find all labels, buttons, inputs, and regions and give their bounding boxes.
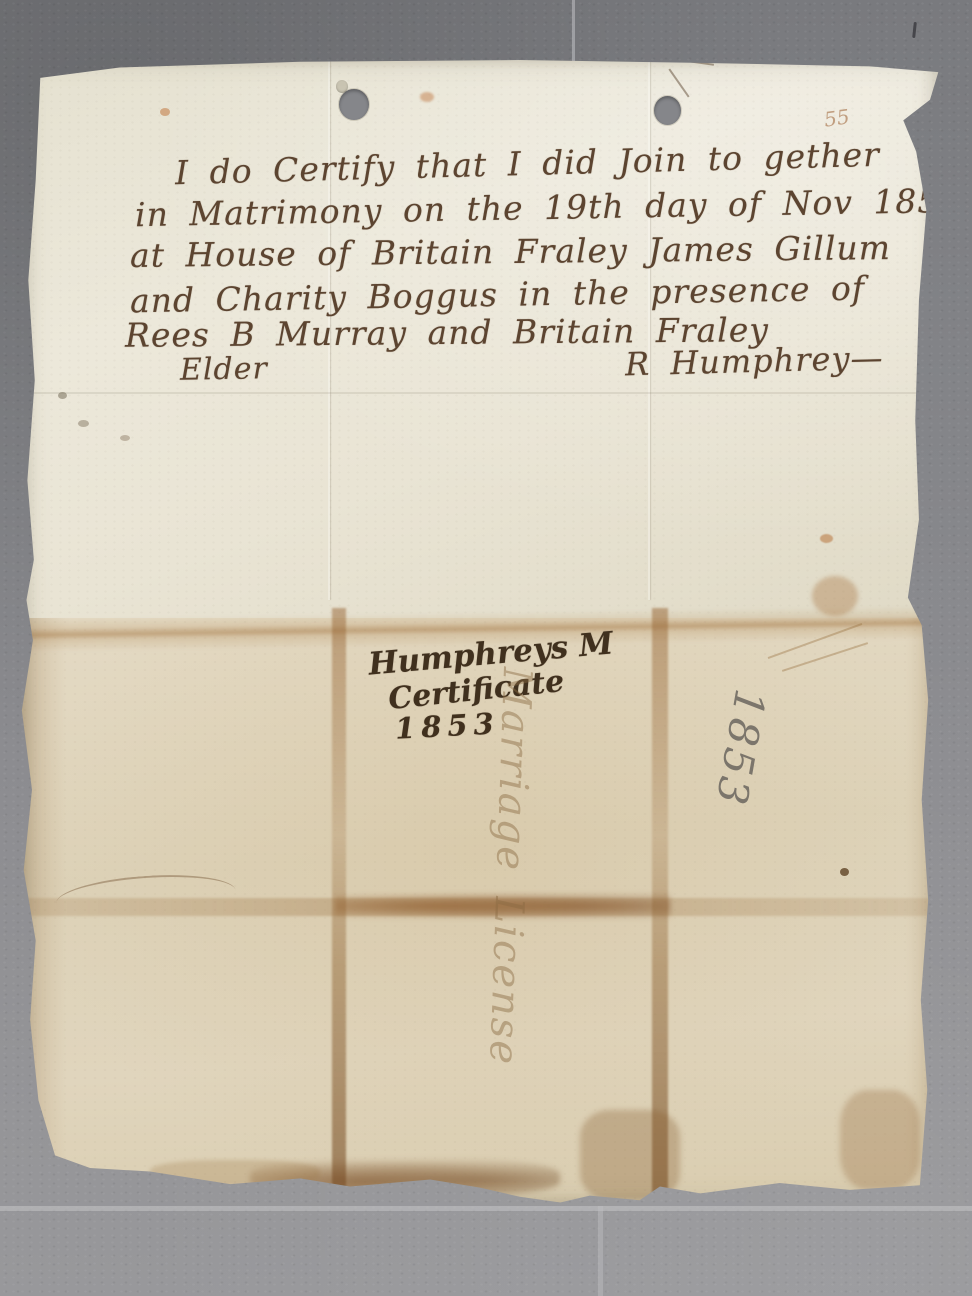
officiant-title: Elder (180, 351, 268, 388)
certificate-text-line-3: at House of Britain Fraley James Gillum (130, 228, 891, 275)
surface-scuff-mark (912, 22, 917, 38)
tile-grout-line-top (572, 0, 575, 62)
fold-crease (20, 392, 942, 394)
tile-grout-line-bottom (0, 1206, 972, 1211)
punch-hole-right (654, 96, 681, 125)
faded-corner-numeral: 55 (822, 104, 851, 131)
officiant-signature: R Humphrey— (625, 339, 884, 384)
docket-line-3: 1853 (394, 706, 500, 745)
marriage-certificate-paper: I do Certify that I did Join to gether i… (20, 56, 942, 1206)
tile-grout-line-bottom-vertical (598, 1206, 603, 1296)
punch-hole-left (339, 89, 369, 120)
photo-of-document: I do Certify that I did Join to gether i… (0, 0, 972, 1296)
